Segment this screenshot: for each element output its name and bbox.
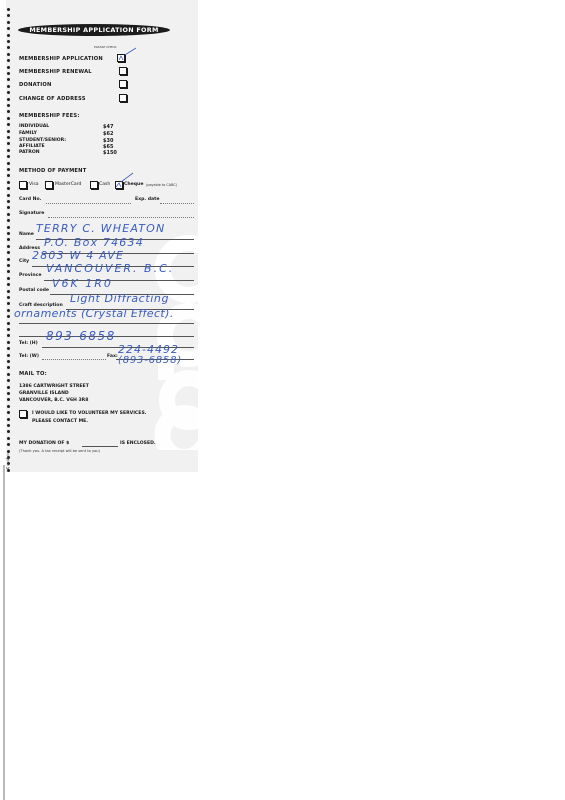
perforation-dot [7,117,10,120]
perforation-dot [7,347,10,350]
perforation-dot [7,245,10,248]
perforation-dot [7,78,10,81]
donation-suffix: IS ENCLOSED. [120,441,156,446]
province-label: Province [19,273,41,278]
perforation-dot [7,251,10,254]
volunteer-label-line1: I WOULD LIKE TO VOLUNTEER MY SERVICES. [32,411,147,416]
staple-mark [6,452,12,472]
perforation-dot [7,187,10,190]
perforation-dot [7,366,10,369]
perforation-dot [7,411,10,414]
perforation-dot [7,46,10,49]
payment-cash-label: Cash [99,182,110,187]
perforation-dot [7,283,10,286]
option-donation-label: DONATION [19,82,52,88]
payment-heading: METHOD OF PAYMENT [19,168,86,174]
card-no-field[interactable] [46,203,131,204]
form-title-banner: MEMBERSHIP APPLICATION FORM [18,24,170,36]
fee-amount: $62 [103,131,113,137]
payment-mastercard-label: MasterCard [55,182,81,187]
craft-description-value-line1[interactable]: Light Diffracting [70,292,169,305]
perforation-dot [7,149,10,152]
checkbox-change-of-address[interactable] [119,94,127,102]
perforation-dot [7,66,10,69]
checkbox-visa[interactable] [19,181,27,189]
signature-label: Signature [19,211,44,216]
fee-type: INDIVIDUAL [19,124,49,129]
fee-type: FAMILY [19,131,37,136]
option-membership-renewal-label: MEMBERSHIP RENEWAL [19,69,92,75]
perforation-dot [7,322,10,325]
perforation-dot [7,290,10,293]
perforation-dot [7,168,10,171]
checkbox-volunteer[interactable] [19,410,27,418]
craft-description-value-line2[interactable]: ornaments (Crystal Effect). [14,307,174,320]
checkbox-membership-renewal[interactable] [119,67,127,75]
perforation-dot [7,373,10,376]
perforation-dot [7,270,10,273]
postal-code-value[interactable]: V6K 1R0 [52,277,113,290]
city-value[interactable]: 2803 W 4 AVE [32,249,124,262]
perforation-dot [7,328,10,331]
perforation-dot [7,315,10,318]
perforation-dot [7,226,10,229]
perforation-dot [7,277,10,280]
perforation-dot [7,104,10,107]
checkbox-mastercard[interactable] [45,181,53,189]
city-label: City [19,259,29,264]
perforation-dot [7,27,10,30]
name-value[interactable]: TERRY C. WHEATON [36,222,165,235]
scan-edge-line [3,465,5,800]
perforation-dot [7,341,10,344]
perforation-dot [7,232,10,235]
postal-code-label: Postal code [19,288,49,293]
tel-home-value[interactable]: 893-6858 [46,329,116,343]
perforation-dot [7,174,10,177]
checkbox-cash[interactable] [90,181,98,189]
check-mark-icon [118,55,124,61]
mail-to-heading: MAIL TO: [19,371,47,377]
fees-heading: MEMBERSHIP FEES: [19,113,80,119]
mail-to-address-line: GRANVILLE ISLAND [19,391,69,396]
perforation-dot [7,424,10,427]
perforation-dot [7,213,10,216]
perforation-dot [7,53,10,56]
tel-home-label: Tel: (H) [19,341,38,346]
perforation-dot [7,162,10,165]
perforation-dot [7,110,10,113]
perforation-dot [7,334,10,337]
perforation-dot [7,238,10,241]
perforation-dot [7,309,10,312]
perforation-dot [7,85,10,88]
perforation-dot [7,398,10,401]
tel-work-label: Tel: (W) [19,354,39,359]
donation-prefix: MY DONATION OF $ [19,441,69,446]
perforation-dot [7,21,10,24]
payment-visa-label: Visa [29,182,39,187]
perforation-dot [7,200,10,203]
perforation-dot [7,40,10,43]
cheque-note: (payable to CABC) [146,183,177,187]
fee-type: AFFILIATE [19,144,45,149]
perforation-dot [7,98,10,101]
perforation-dot [7,194,10,197]
perforation-dot [7,91,10,94]
perforation-dot [7,360,10,363]
fee-amount: $150 [103,150,117,156]
fee-amount: $47 [103,124,113,130]
perforation-dot [7,72,10,75]
perforation-dot [7,264,10,267]
perforation-dot [7,219,10,222]
checkbox-membership-application[interactable] [117,54,125,62]
perforation-dot [7,296,10,299]
perforation-dots [6,4,12,472]
fee-type: STUDENT/SENIOR: [19,138,66,143]
membership-form: MEMBERSHIP APPLICATION FORM PLEASE CHECK… [6,0,198,472]
perforation-dot [7,405,10,408]
exp-date-field[interactable] [160,203,194,204]
perforation-dot [7,206,10,209]
perforation-dot [7,430,10,433]
fee-type: PATRON [19,150,40,155]
signature-field[interactable] [48,217,194,218]
perforation-dot [7,443,10,446]
fax-value-line2[interactable]: (893-6858) [118,355,182,366]
exp-date-label: Exp. date [135,197,159,202]
perforation-dot [7,386,10,389]
perforation-dot [7,258,10,261]
payment-cheque-label: Cheque [124,182,143,187]
perforation-dot [7,8,10,11]
perforation-dot [7,14,10,17]
mail-to-address-line: 1386 CARTWRIGHT STREET [19,384,89,389]
perforation-dot [7,437,10,440]
perforation-dot [7,142,10,145]
option-membership-application-label: MEMBERSHIP APPLICATION [19,56,103,62]
mail-to-address-line: VANCOUVER, B.C. V6H 3R8 [19,398,88,403]
perforation-dot [7,418,10,421]
perforation-dot [7,123,10,126]
craft-description-field-line [19,323,194,324]
perforation-dot [7,181,10,184]
donation-amount-field[interactable] [82,446,118,447]
volunteer-label-line2: PLEASE CONTACT ME. [32,419,88,424]
perforation-dot [7,155,10,158]
perforation-dot [7,379,10,382]
perforation-dot [7,302,10,305]
option-change-of-address-label: CHANGE OF ADDRESS [19,96,86,102]
province-value[interactable]: VANCOUVER. B.C. [46,262,174,275]
address-value[interactable]: P.O. Box 74634 [44,236,144,249]
name-label: Name [19,232,34,237]
perforation-dot [7,59,10,62]
donation-note: (Thank you. A tax receipt will be sent t… [19,449,100,453]
please-check-note: PLEASE CHECK [94,45,117,49]
perforation-dot [7,34,10,37]
tel-work-field[interactable] [42,359,106,360]
card-no-label: Card No. [19,197,41,202]
perforation-dot [7,392,10,395]
perforation-dot [7,130,10,133]
perforation-dot [7,354,10,357]
checkbox-donation[interactable] [119,80,127,88]
perforation-dot [7,136,10,139]
